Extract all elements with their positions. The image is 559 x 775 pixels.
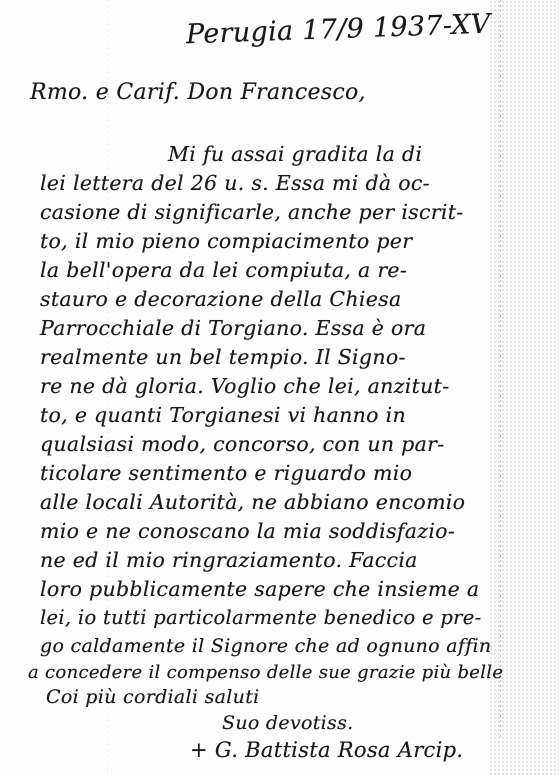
- body-line: re ne dà gloria. Voglio che lei, anzitut…: [40, 374, 449, 398]
- body-line: casione di significarle, anche per iscri…: [40, 200, 464, 224]
- body-line: stauro e decorazione della Chiesa: [40, 287, 401, 311]
- salutation: Rmo. e Carif. Don Francesco,: [30, 80, 366, 105]
- body-line: mio e ne conoscano la mia soddisfazio-: [40, 519, 455, 543]
- body-line: loro pubblicamente sapere che insieme a: [40, 577, 479, 601]
- closing-greeting: Coi più cordiali saluti: [46, 686, 260, 708]
- body-line: alle locali Autorità, ne abbiano encomio: [40, 490, 465, 514]
- body-line: a concedere il compenso delle sue grazie…: [28, 662, 503, 683]
- body-line: lei, io tutti particolarmente benedico e…: [40, 606, 481, 629]
- place-date: Perugia 17/9 1937-XV: [186, 9, 492, 51]
- letter-page: Perugia 17/9 1937-XV Rmo. e Carif. Don F…: [0, 0, 559, 775]
- signature-devoted: Suo devotiss.: [222, 712, 353, 734]
- body-line: go caldamente il Signore che ad ognuno a…: [40, 635, 491, 657]
- signature-name: + G. Battista Rosa Arcip.: [190, 738, 463, 762]
- body-line: lei lettera del 26 u. s. Essa mi dà oc-: [40, 171, 430, 195]
- body-line: ne ed il mio ringraziamento. Faccia: [40, 548, 418, 572]
- body-line: Parrocchiale di Torgiano. Essa è ora: [40, 316, 426, 340]
- body-line: qualsiasi modo, concorso, con un par-: [40, 432, 444, 456]
- body-line: realmente un bel tempio. Il Signo-: [40, 345, 406, 369]
- scan-edge-line: [500, 0, 501, 740]
- body-line: ticolare sentimento e riguardo mio: [40, 461, 412, 485]
- body-line: to, e quanti Torgianesi vi hanno in: [40, 403, 406, 427]
- body-line: to, il mio pieno compiacimento per: [40, 229, 412, 253]
- body-line: Mi fu assai gradita la di: [168, 142, 422, 166]
- body-line: la bell'opera da lei compiuta, a re-: [40, 258, 407, 282]
